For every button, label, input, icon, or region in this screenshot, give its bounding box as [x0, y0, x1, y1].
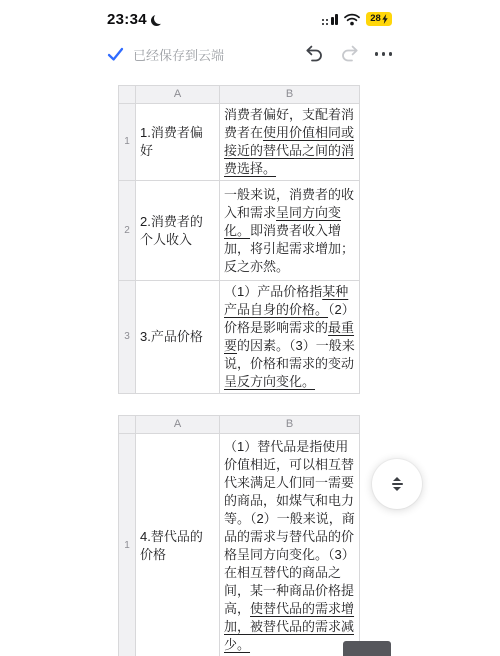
table-row: 2 2.消费者的个人收入 一般来说，消费者的收入和需求呈同方向变化。即消费者收入…	[119, 181, 360, 281]
column-header-a[interactable]: A	[136, 416, 220, 434]
corner-cell[interactable]	[119, 416, 136, 434]
battery-charging-indicator: 28	[366, 12, 392, 26]
cell-a1[interactable]: 1.消费者偏好	[136, 104, 220, 181]
column-header-row: A B	[119, 86, 360, 104]
save-status-label: 已经保存到云端	[133, 45, 224, 64]
column-header-a[interactable]: A	[136, 86, 220, 104]
table-row: 1 4.替代品的价格 （1）替代品是指使用价值相近，可以相互替代来满足人们同一需…	[119, 434, 360, 656]
handle-line	[392, 483, 403, 485]
arrow-up-icon	[393, 477, 401, 481]
charging-bolt-icon	[382, 14, 388, 24]
column-header-b[interactable]: B	[220, 86, 360, 104]
editor-toolbar: 已经保存到云端	[107, 41, 392, 67]
saved-check-icon	[107, 46, 124, 62]
cell-b3[interactable]: （1）产品价格指某种产品自身的价格。（2）价格是影响需求的最重要的因素。（3）一…	[220, 281, 360, 394]
more-menu-button[interactable]	[375, 44, 393, 64]
cell-b4[interactable]: （1）替代品是指使用价值相近，可以相互替代来满足人们同一需要的商品，如煤气和电力…	[220, 434, 360, 656]
row-number[interactable]: 3	[119, 281, 136, 394]
undo-icon	[303, 43, 325, 65]
wifi-icon	[344, 13, 360, 26]
save-status: 已经保存到云端	[107, 45, 224, 64]
status-bar: 23:34 28	[107, 8, 392, 30]
cellular-signal-icon	[322, 13, 339, 25]
status-left: 23:34	[107, 11, 165, 28]
app-screen: 23:34 28	[0, 0, 500, 656]
redo-icon	[339, 43, 361, 65]
table-row: 3 3.产品价格 （1）产品价格指某种产品自身的价格。（2）价格是影响需求的最重…	[119, 281, 360, 394]
corner-cell[interactable]	[119, 86, 136, 104]
cell-b1[interactable]: 消费者偏好，支配着消费者在使用价值相同或接近的替代品之间的消费选择。	[220, 104, 360, 181]
arrow-down-icon	[393, 487, 401, 491]
status-right: 28	[322, 12, 393, 26]
clipped-ui-element	[343, 641, 391, 656]
toolbar-actions	[303, 43, 393, 65]
row-resize-handle[interactable]	[372, 459, 422, 509]
spreadsheet-section-2: A B 1 4.替代品的价格 （1）替代品是指使用价值相近，可以相互替代来满足人…	[118, 415, 360, 656]
undo-button[interactable]	[303, 43, 325, 65]
cell-b2[interactable]: 一般来说，消费者的收入和需求呈同方向变化。即消费者收入增加，将引起需求增加；反之…	[220, 181, 360, 281]
redo-button[interactable]	[339, 43, 361, 65]
clock-time: 23:34	[107, 11, 147, 28]
cell-a4[interactable]: 4.替代品的价格	[136, 434, 220, 656]
row-number[interactable]: 1	[119, 104, 136, 181]
column-header-row: A B	[119, 416, 360, 434]
column-header-b[interactable]: B	[220, 416, 360, 434]
do-not-disturb-moon-icon	[153, 13, 165, 25]
cell-a3[interactable]: 3.产品价格	[136, 281, 220, 394]
battery-percent: 28	[370, 14, 381, 24]
spreadsheet-section-1: A B 1 1.消费者偏好 消费者偏好，支配着消费者在使用价值相同或接近的替代品…	[118, 85, 360, 394]
row-number[interactable]: 2	[119, 181, 136, 281]
row-number[interactable]: 1	[119, 434, 136, 656]
table-row: 1 1.消费者偏好 消费者偏好，支配着消费者在使用价值相同或接近的替代品之间的消…	[119, 104, 360, 181]
cell-a2[interactable]: 2.消费者的个人收入	[136, 181, 220, 281]
